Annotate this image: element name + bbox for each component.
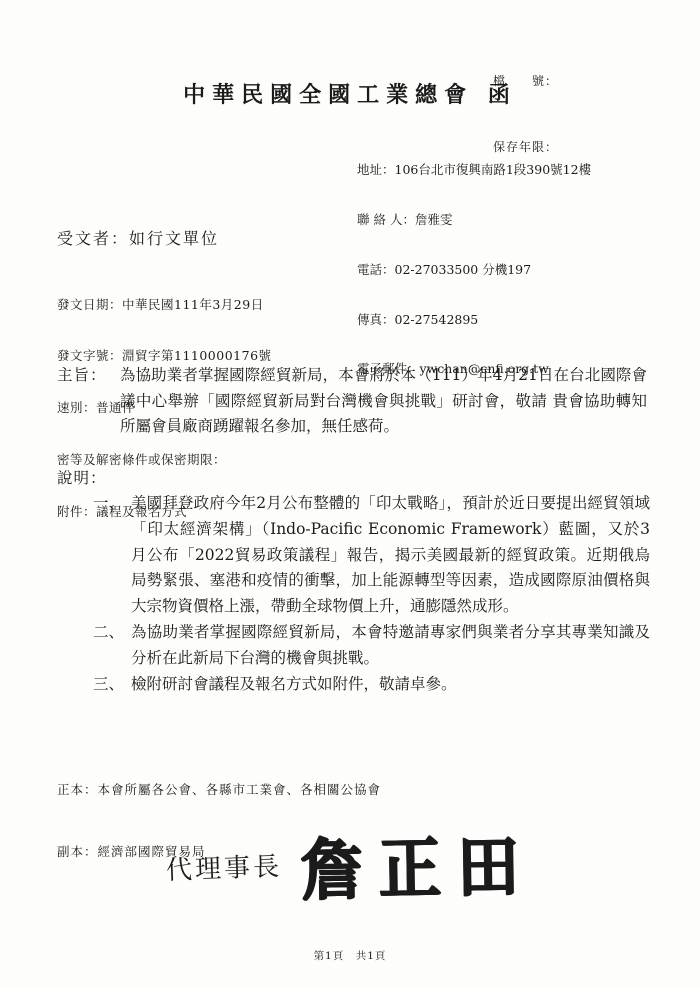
description-items: 一、 美國拜登政府今年2月公布整體的「印太戰略」，預計於近日要提出經貿領域「印太…: [93, 491, 650, 697]
sender-fax: 傳真：02-27542895: [357, 312, 591, 329]
subject-text: 為協助業者掌握國際經貿新局，本會將於本（111）年4月21日在台北國際會議中心舉…: [120, 363, 647, 440]
item-number: 二、: [93, 620, 131, 672]
sender-phone: 電話：02-27033500 分機197: [357, 262, 591, 279]
subject-section: 主旨： 為協助業者掌握國際經貿新局，本會將於本（111）年4月21日在台北國際會…: [57, 363, 647, 440]
signer-title: 代理事長: [165, 846, 282, 887]
signer-name-calligraphy: 詹正田: [299, 812, 535, 913]
subject-label: 主旨：: [57, 363, 120, 440]
signature-block: 代理事長 詹正田: [0, 818, 700, 907]
item-text: 美國拜登政府今年2月公布整體的「印太戰略」，預計於近日要提出經貿領域「印太經濟架…: [131, 491, 650, 620]
description-label: 說明：: [57, 466, 107, 488]
description-item-3: 三、 檢附研討會議程及報名方式如附件，敬請卓參。: [93, 672, 650, 698]
recipient-line: 受文者：如行文單位: [57, 226, 219, 249]
original-copy-recipients: 正本：本會所屬各公會、各縣市工業會、各相關公協會: [57, 780, 381, 801]
description-item-1: 一、 美國拜登政府今年2月公布整體的「印太戰略」，預計於近日要提出經貿領域「印太…: [93, 491, 650, 620]
item-number: 三、: [93, 672, 131, 698]
sender-contact-person: 聯 絡 人：詹雅雯: [357, 212, 591, 229]
document-title: 中華民國全國工業總會 函: [0, 78, 700, 109]
official-letter-page: 檔 號： 保存年限： 中華民國全國工業總會 函 地址：106台北市復興南路1段3…: [0, 0, 700, 988]
issue-date: 發文日期：中華民國111年3月29日: [57, 296, 272, 313]
description-item-2: 二、 為協助業者掌握國際經貿新局，本會特邀請專家們與業者分享其專業知識及分析在此…: [93, 620, 650, 672]
sender-address: 地址：106台北市復興南路1段390號12樓: [357, 162, 591, 179]
item-number: 一、: [93, 491, 131, 620]
item-text: 檢附研討會議程及報名方式如附件，敬請卓參。: [131, 672, 650, 698]
page-number-footer: 第1頁 共1頁: [0, 948, 700, 963]
item-text: 為協助業者掌握國際經貿新局，本會特邀請專家們與業者分享其專業知識及分析在此新局下…: [131, 620, 650, 672]
